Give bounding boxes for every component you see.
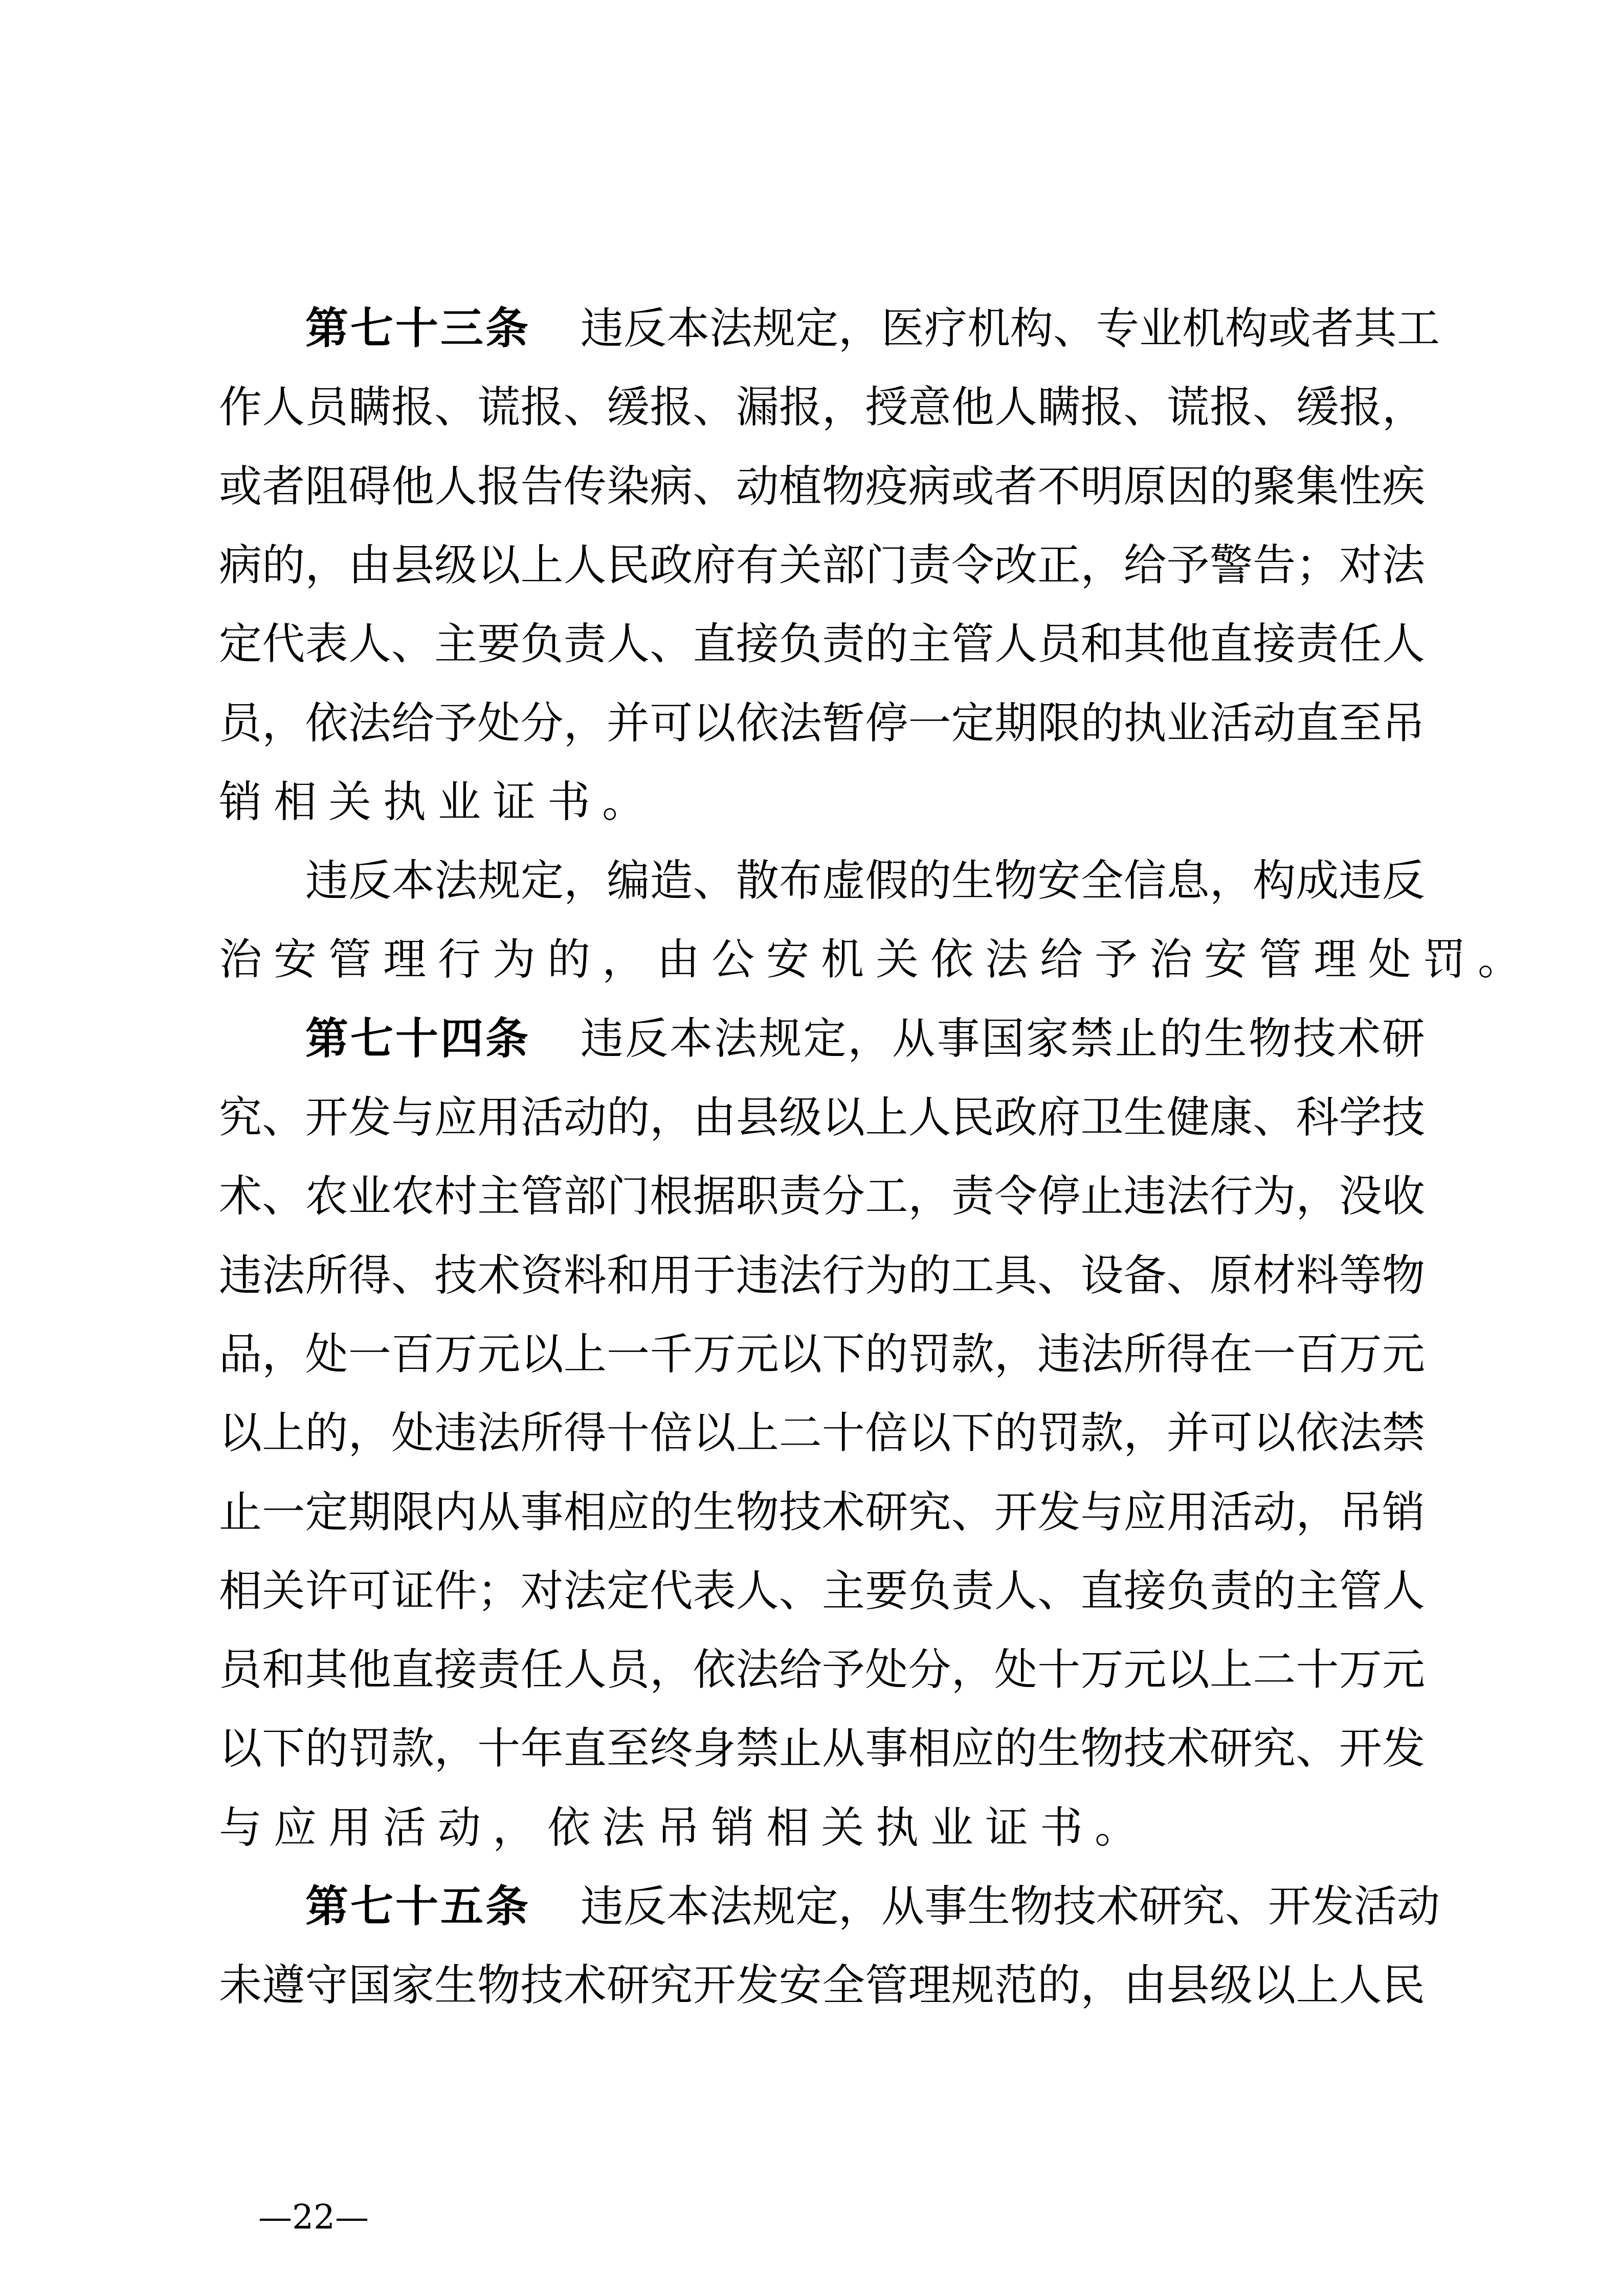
article-heading: 第七十五条: [305, 1881, 530, 1932]
text-line: 作人员瞒报、谎报、缓报、漏报，授意他人瞒报、谎报、缓报，: [219, 381, 1425, 460]
text-line: 止一定期限内从事相应的生物技术研究、开发与应用活动，吊销: [219, 1487, 1425, 1565]
article-heading: 第七十四条: [305, 1013, 530, 1064]
text-line: 品，处一百万元以上一千万元以下的罚款，违法所得在一百万元: [219, 1329, 1425, 1407]
text-line: 定代表人、主要负责人、直接负责的主管人员和其他直接责任人: [219, 618, 1425, 697]
text-line: 销相关执业证书。: [219, 776, 1425, 855]
text-line: 第七十三条违反本法规定，医疗机构、专业机构或者其工: [305, 303, 1425, 381]
text-line: 以下的罚款，十年直至终身禁止从事相应的生物技术研究、开发: [219, 1723, 1425, 1802]
text-line: 相关许可证件；对法定代表人、主要负责人、直接负责的主管人: [219, 1565, 1425, 1644]
text-line: 第七十四条违反本法规定，从事国家禁止的生物技术研: [305, 1013, 1425, 1092]
text-line: 违法所得、技术资料和用于违法行为的工具、设备、原材料等物: [219, 1250, 1425, 1329]
article-text: 违反本法规定，从事生物技术研究、开发活动: [581, 1881, 1440, 1932]
text-line: 员和其他直接责任人员，依法给予处分，处十万元以上二十万元: [219, 1644, 1425, 1723]
article-text: 违反本法规定，医疗机构、专业机构或者其工: [581, 303, 1440, 354]
text-line: 术、农业农村主管部门根据职责分工，责令停止违法行为，没收: [219, 1170, 1425, 1249]
text-line: 治安管理行为的，由公安机关依法给予治安管理处罚。: [219, 934, 1425, 1012]
text-line: 以上的，处违法所得十倍以上二十倍以下的罚款，并可以依法禁: [219, 1407, 1425, 1486]
article-text: 违反本法规定，从事国家禁止的生物技术研: [581, 1013, 1425, 1064]
text-line: 与应用活动，依法吊销相关执业证书。: [219, 1802, 1425, 1881]
text-line: 第七十五条违反本法规定，从事生物技术研究、开发活动: [305, 1881, 1425, 1960]
text-line: 或者阻碍他人报告传染病、动植物疫病或者不明原因的聚集性疾: [219, 461, 1425, 539]
text-line: 未遵守国家生物技术研究开发安全管理规范的，由县级以上人民: [219, 1960, 1425, 2038]
text-line: 究、开发与应用活动的，由县级以上人民政府卫生健康、科学技: [219, 1092, 1425, 1170]
text-line: 违反本法规定，编造、散布虚假的生物安全信息，构成违反: [305, 855, 1425, 934]
article-heading: 第七十三条: [305, 303, 530, 354]
document-page: 第七十三条违反本法规定，医疗机构、专业机构或者其工作人员瞒报、谎报、缓报、漏报，…: [0, 0, 1624, 2296]
text-line: 病的，由县级以上人民政府有关部门责令改正，给予警告；对法: [219, 539, 1425, 618]
text-line: 员，依法给予处分，并可以依法暂停一定期限的执业活动直至吊: [219, 697, 1425, 776]
page-number: —22—: [258, 2197, 369, 2238]
